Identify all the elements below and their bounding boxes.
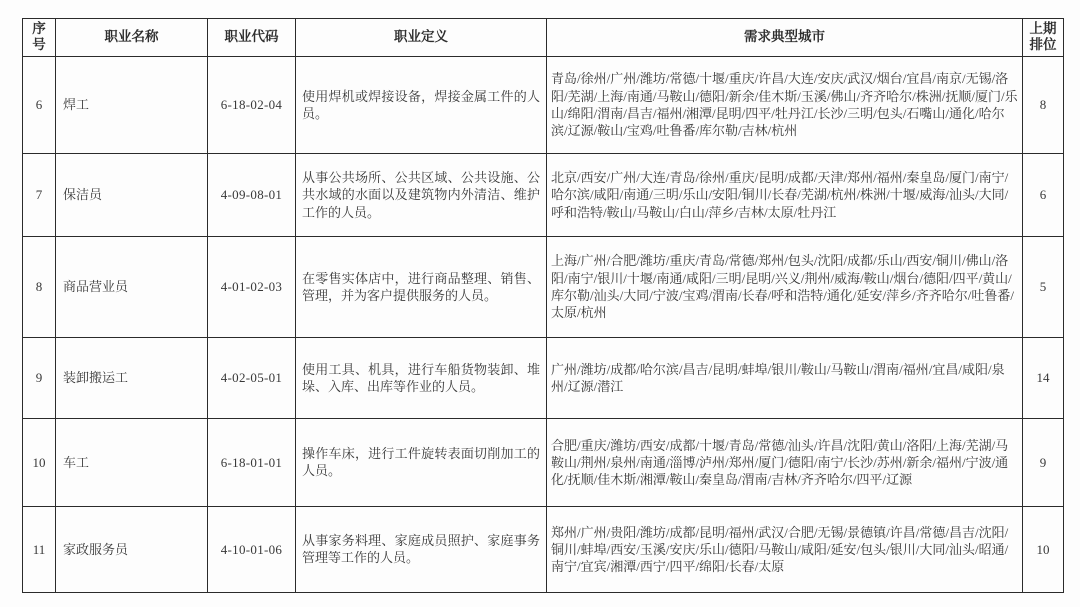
cell-definition: 使用焊机或焊接设备，焊接金属工件的人员。	[296, 56, 547, 153]
header-occupation-name: 职业名称	[56, 19, 208, 57]
cell-definition: 从事家务料理、家庭成员照护、家庭事务管理等工作的人员。	[296, 506, 547, 592]
table-row: 11 家政服务员 4-10-01-06 从事家务料理、家庭成员照护、家庭事务管理…	[23, 506, 1064, 592]
cell-index: 11	[23, 506, 56, 592]
header-index-label: 序号	[31, 21, 47, 54]
table-row: 8 商品营业员 4-01-02-03 在零售实体店中，进行商品整理、销售、管理，…	[23, 236, 1064, 337]
header-occupation-code: 职业代码	[208, 19, 296, 57]
cell-occupation-code: 6-18-01-01	[208, 418, 296, 506]
cell-index: 9	[23, 337, 56, 418]
header-cities: 需求典型城市	[547, 19, 1023, 57]
header-row: 序号 职业名称 职业代码 职业定义 需求典型城市 上期排位	[23, 19, 1064, 57]
header-prev-rank: 上期排位	[1023, 19, 1064, 57]
cell-cities: 郑州/广州/贵阳/潍坊/成都/昆明/福州/武汉/合肥/无锡/景德镇/许昌/常德/…	[547, 506, 1023, 592]
cell-prev-rank: 10	[1023, 506, 1064, 592]
cell-prev-rank: 5	[1023, 236, 1064, 337]
document-page: 序号 职业名称 职业代码 职业定义 需求典型城市 上期排位 6 焊工 6-18-…	[0, 0, 1080, 607]
table-row: 6 焊工 6-18-02-04 使用焊机或焊接设备，焊接金属工件的人员。 青岛/…	[23, 56, 1064, 153]
cell-definition: 在零售实体店中，进行商品整理、销售、管理，并为客户提供服务的人员。	[296, 236, 547, 337]
cell-prev-rank: 14	[1023, 337, 1064, 418]
cell-index: 8	[23, 236, 56, 337]
cell-occupation-name: 家政服务员	[56, 506, 208, 592]
cell-occupation-name: 保洁员	[56, 153, 208, 236]
cell-occupation-name: 车工	[56, 418, 208, 506]
cell-occupation-code: 4-10-01-06	[208, 506, 296, 592]
cell-occupation-name: 装卸搬运工	[56, 337, 208, 418]
cell-index: 10	[23, 418, 56, 506]
table-row: 10 车工 6-18-01-01 操作车床，进行工件旋转表面切削加工的人员。 合…	[23, 418, 1064, 506]
cell-cities: 北京/西安/广州/大连/青岛/徐州/重庆/昆明/成都/天津/郑州/福州/秦皇岛/…	[547, 153, 1023, 236]
cell-occupation-code: 6-18-02-04	[208, 56, 296, 153]
cell-prev-rank: 8	[1023, 56, 1064, 153]
cell-occupation-name: 商品营业员	[56, 236, 208, 337]
cell-occupation-code: 4-01-02-03	[208, 236, 296, 337]
cell-cities: 合肥/重庆/潍坊/西安/成都/十堰/青岛/常德/汕头/许昌/沈阳/黄山/洛阳/上…	[547, 418, 1023, 506]
header-definition: 职业定义	[296, 19, 547, 57]
cell-definition: 使用工具、机具，进行车船货物装卸、堆垛、入库、出库等作业的人员。	[296, 337, 547, 418]
table-body: 6 焊工 6-18-02-04 使用焊机或焊接设备，焊接金属工件的人员。 青岛/…	[23, 56, 1064, 592]
cell-occupation-code: 4-02-05-01	[208, 337, 296, 418]
cell-definition: 从事公共场所、公共区域、公共设施、公共水域的水面以及建筑物内外清洁、维护工作的人…	[296, 153, 547, 236]
cell-occupation-code: 4-09-08-01	[208, 153, 296, 236]
header-prev-rank-label: 上期排位	[1029, 21, 1058, 54]
cell-definition: 操作车床，进行工件旋转表面切削加工的人员。	[296, 418, 547, 506]
cell-prev-rank: 9	[1023, 418, 1064, 506]
cell-cities: 广州/潍坊/成都/哈尔滨/昌吉/昆明/蚌埠/银川/鞍山/马鞍山/渭南/福州/宜昌…	[547, 337, 1023, 418]
cell-index: 6	[23, 56, 56, 153]
table-header: 序号 职业名称 职业代码 职业定义 需求典型城市 上期排位	[23, 19, 1064, 57]
cell-cities: 上海/广州/合肥/潍坊/重庆/青岛/常德/郑州/包头/沈阳/成都/乐山/西安/铜…	[547, 236, 1023, 337]
cell-occupation-name: 焊工	[56, 56, 208, 153]
cell-cities: 青岛/徐州/广州/潍坊/常德/十堰/重庆/许昌/大连/安庆/武汉/烟台/宜昌/南…	[547, 56, 1023, 153]
occupation-ranking-table: 序号 职业名称 职业代码 职业定义 需求典型城市 上期排位 6 焊工 6-18-…	[22, 18, 1064, 593]
cell-prev-rank: 6	[1023, 153, 1064, 236]
table-row: 7 保洁员 4-09-08-01 从事公共场所、公共区域、公共设施、公共水域的水…	[23, 153, 1064, 236]
cell-index: 7	[23, 153, 56, 236]
table-row: 9 装卸搬运工 4-02-05-01 使用工具、机具，进行车船货物装卸、堆垛、入…	[23, 337, 1064, 418]
header-index: 序号	[23, 19, 56, 57]
